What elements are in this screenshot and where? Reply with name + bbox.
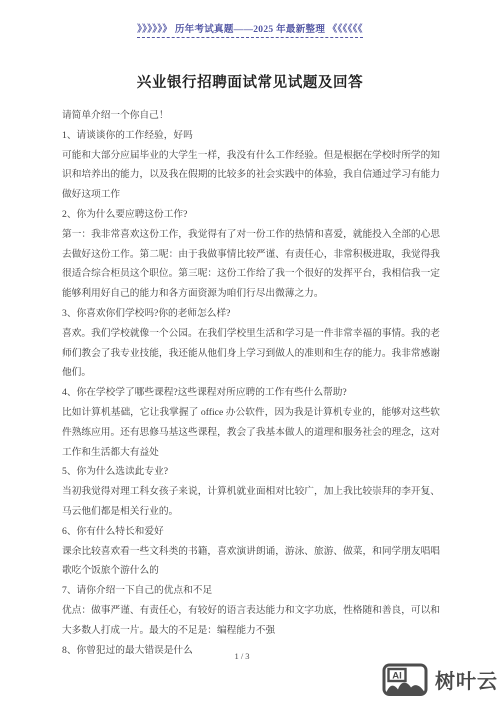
document-header: 》》》》》》 历年考试真题——2025 年最新整理 《《《《《《 — [0, 19, 500, 38]
question-5: 5、你为什么选读此专业? — [62, 462, 440, 482]
answer-5: 当初我觉得对理工科女孩子来说，计算机就业面相对比较广，加上我比较崇拜的李开复、马… — [62, 482, 440, 522]
answer-3: 喜欢。我们学校就像一个公园。在我们学校里生活和学习是一件非常幸福的事情。我的老师… — [62, 324, 440, 383]
watermark-brand: 树叶云 — [435, 665, 498, 694]
question-7: 7、请你介绍一下自己的优点和不足 — [62, 581, 440, 601]
ai-icon-label: AI — [392, 671, 402, 682]
answer-2: 第一：我非常喜欢这份工作，我觉得有了对一份工作的热情和喜爱，就能投入全部的心思去… — [62, 225, 440, 304]
watermark: AI 树叶云 — [382, 662, 498, 697]
intro-line: 请简单介绍一个你自己！ — [62, 106, 440, 126]
answer-4: 比如计算机基础，它让我掌握了 office 办公软件，因为我是计算机专业的，能够… — [62, 403, 440, 462]
question-6: 6、你有什么特长和爱好 — [62, 522, 440, 542]
page-title: 兴业银行招聘面试常见试题及回答 — [0, 71, 500, 92]
ai-image-icon: AI — [382, 662, 428, 697]
exam-archive-banner: 》》》》》》 历年考试真题——2025 年最新整理 《《《《《《 — [137, 21, 363, 38]
answer-1: 可能和大部分应届毕业的大学生一样，我没有什么工作经验。但是根据在学校时所学的知识… — [62, 146, 440, 205]
answer-7: 优点：做事严谨、有责任心，有较好的语言表达能力和文字功底，性格随和善良，可以和大… — [62, 601, 440, 641]
question-1: 1、请谈谈你的工作经验，好吗 — [62, 126, 440, 146]
question-4: 4、你在学校学了哪些课程?这些课程对所应聘的工作有些什么帮助? — [62, 383, 440, 403]
question-2: 2、你为什么要应聘这份工作? — [62, 205, 440, 225]
question-3: 3、你喜欢你们学校吗?你的老师怎么样? — [62, 304, 440, 324]
answer-6: 课余比较喜欢看一些文科类的书籍，喜欢演讲朗诵，游泳、旅游、做菜，和同学朋友唱唱歌… — [62, 542, 440, 582]
document-body: 请简单介绍一个你自己！ 1、请谈谈你的工作经验，好吗 可能和大部分应届毕业的大学… — [62, 106, 440, 660]
document-page: 》》》》》》 历年考试真题——2025 年最新整理 《《《《《《 兴业银行招聘面… — [0, 19, 500, 660]
page-number: 1 / 3 — [0, 651, 484, 661]
